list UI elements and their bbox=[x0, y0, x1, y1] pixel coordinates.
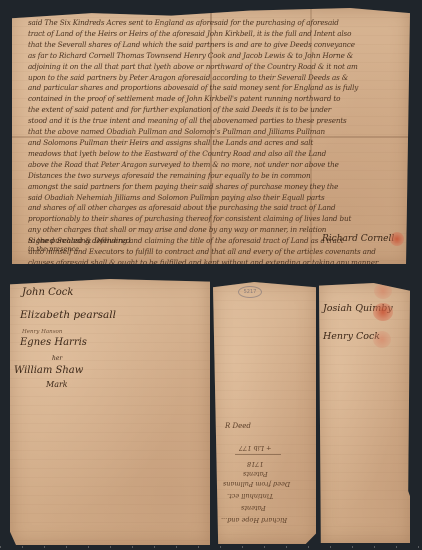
signature: William Shaw bbox=[14, 365, 83, 376]
text-line: said Obadiah Nehemiah Jilliams and Solom… bbox=[28, 193, 400, 204]
text-line: adjoining it on the all that part that l… bbox=[28, 62, 400, 73]
text-line: and Solomons Pullman their Heirs and ass… bbox=[28, 138, 400, 149]
wax-seal-icon bbox=[390, 232, 404, 246]
text-line: and particular shares and proportions ab… bbox=[28, 83, 400, 94]
deed-back-right-panel: Josiah Quimby Henry Cock bbox=[319, 283, 410, 543]
deed-back-middle-panel: 5217 R Deed + Lib 177 1718 Patents Deed … bbox=[213, 282, 316, 544]
scale-markers bbox=[0, 546, 422, 548]
deed-front-page: said The Six Kindreds Acres sent to Engl… bbox=[12, 8, 410, 264]
witness-block: Signed Sealed & Delivered in the presenc… bbox=[28, 236, 131, 254]
witness-note: Henry Hanson bbox=[22, 329, 62, 335]
text-line: clauses aforesaid shall & ought to be fu… bbox=[28, 258, 400, 264]
signature-note: her bbox=[52, 355, 62, 362]
text-line: Distances the two surveys aforesaid the … bbox=[28, 171, 400, 182]
signature: Egnes Harris bbox=[20, 337, 87, 348]
endorsement-line: + Lib 177 bbox=[239, 444, 272, 452]
endorsement-line: Deed from Pullmans bbox=[223, 480, 290, 488]
divider bbox=[235, 454, 281, 455]
text-line: amongst the said partners for them payin… bbox=[28, 182, 400, 193]
signature-mark: Mark bbox=[46, 380, 68, 389]
endorsement-line: Patents bbox=[243, 470, 268, 478]
text-line: tract of Land of the Heirs or Heirs of t… bbox=[28, 29, 400, 40]
text-line: the extent of said patent and for furthe… bbox=[28, 105, 400, 116]
text-line: contained in the proof of settlement mad… bbox=[28, 94, 400, 105]
signature: Elizabeth pearsall bbox=[20, 309, 116, 321]
archive-stamp: 5217 bbox=[238, 286, 262, 298]
signature: John Cock bbox=[22, 287, 73, 298]
text-line: that the Severall shares of Land which t… bbox=[28, 40, 400, 51]
wax-seal-icon bbox=[373, 331, 391, 348]
witness-label: in the presence bbox=[28, 245, 131, 254]
deed-back-left-panel: John Cock Elizabeth pearsall Henry Hanso… bbox=[10, 279, 210, 545]
wax-seal-icon bbox=[373, 303, 393, 321]
text-line: stood and it is the true intent and mean… bbox=[28, 116, 400, 127]
signature-richard-cornell: Richard Cornell bbox=[322, 234, 394, 244]
signature: Henry Cock bbox=[323, 331, 380, 342]
deed-body-text: said The Six Kindreds Acres sent to Engl… bbox=[28, 18, 400, 264]
text-line: upon to the said partners by Peter Arago… bbox=[28, 73, 400, 84]
witness-label: Signed Sealed & Delivered bbox=[28, 236, 131, 245]
text-line: proportionably to their shares of purcha… bbox=[28, 214, 400, 225]
text-line: meadows that lyeth below to the Eastward… bbox=[28, 149, 400, 160]
wax-seal-icon bbox=[374, 283, 392, 299]
document-viewer: said The Six Kindreds Acres sent to Engl… bbox=[0, 0, 422, 550]
endorsement-line: 1718 bbox=[247, 460, 264, 468]
text-line: above the Road that Peter Aragon surveye… bbox=[28, 160, 400, 171]
text-line: and shares of all other charges as afore… bbox=[28, 203, 400, 214]
endorsement-line: Tintinhull ect. bbox=[227, 492, 273, 500]
endorsement-line: Patents bbox=[241, 504, 266, 512]
endorsement-title: R Deed bbox=[225, 422, 251, 430]
endorsement-line: Richard Hope and... bbox=[221, 516, 287, 524]
text-line: that the above named Obadiah Pullman and… bbox=[28, 127, 400, 138]
text-line: said The Six Kindreds Acres sent to Engl… bbox=[28, 18, 400, 29]
text-line: as far to Richard Cornell Thomas Townsen… bbox=[28, 51, 400, 62]
